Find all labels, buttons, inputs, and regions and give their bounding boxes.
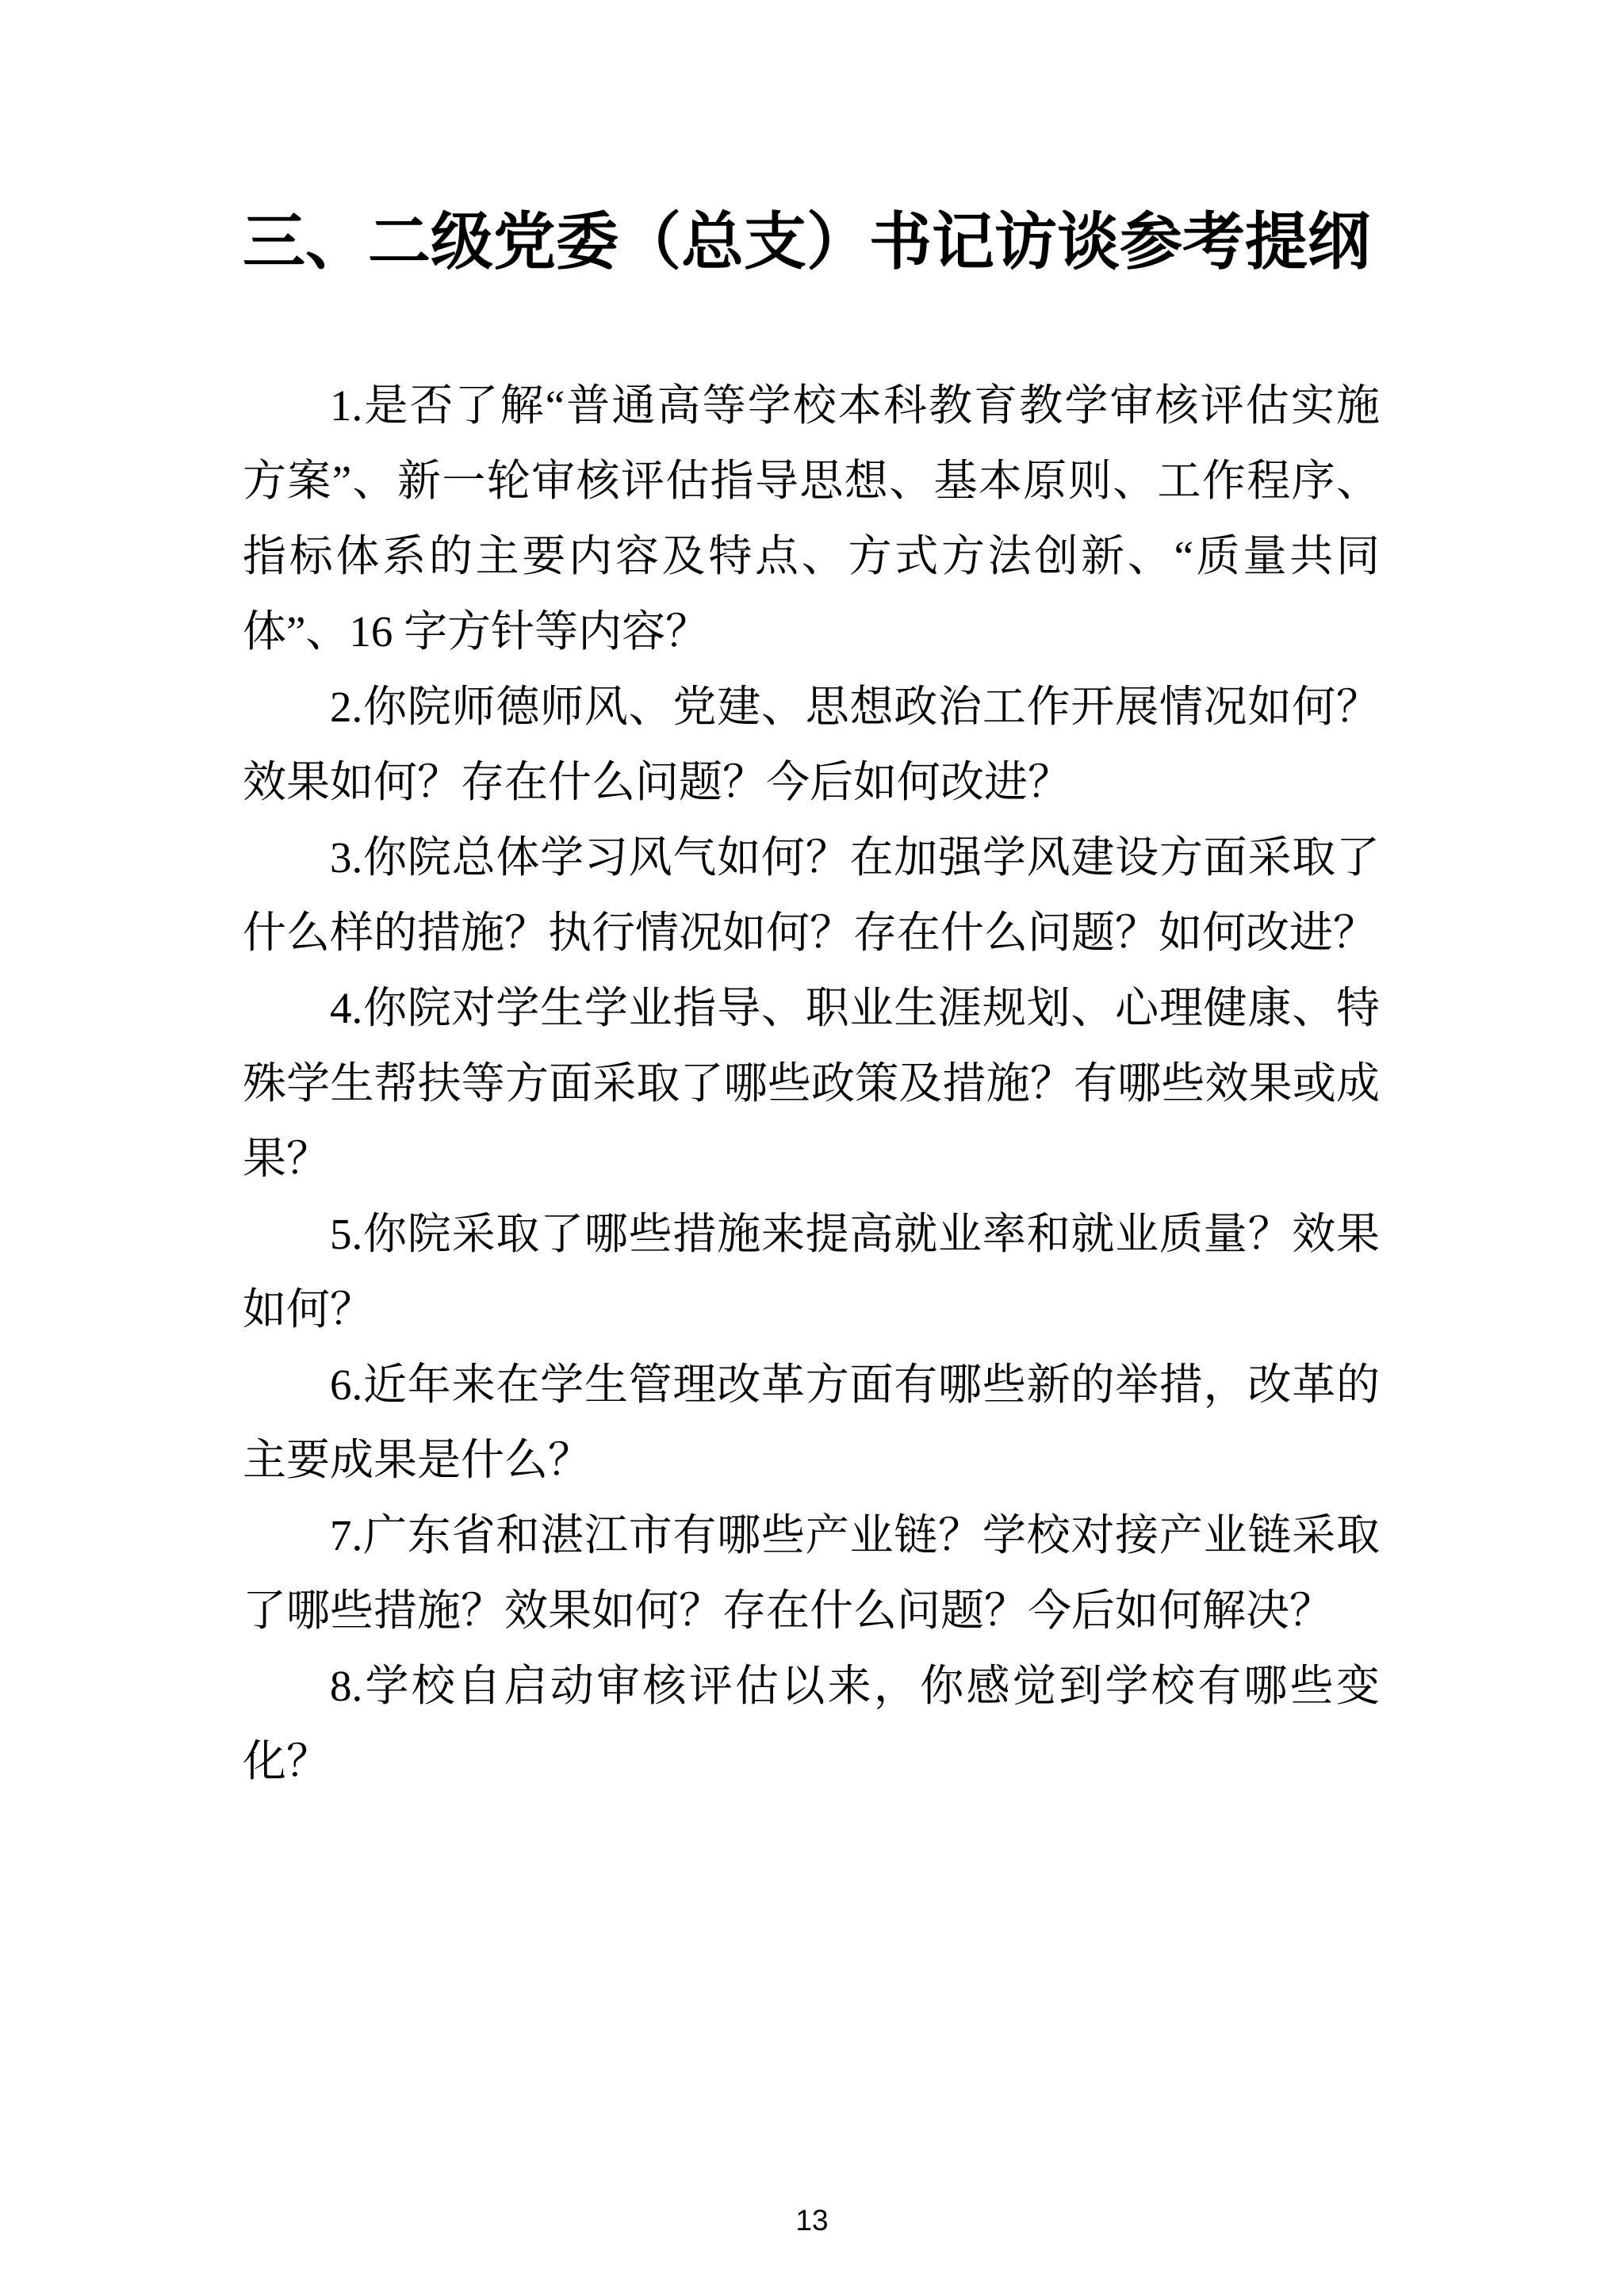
question-item-7: 7.广东省和湛江市有哪些产业链？学校对接产业链采取了哪些措施？效果如何？存在什么… (243, 1498, 1380, 1648)
question-item-6: 6.近年来在学生管理改革方面有哪些新的举措，改革的主要成果是什么？ (243, 1347, 1380, 1498)
page-number: 13 (795, 2204, 828, 2237)
document-page: 三、二级党委（总支）书记访谈参考提纲 1.是否了解“普通高等学校本科教育教学审核… (0, 0, 1624, 2296)
question-item-5: 5.你院采取了哪些措施来提高就业率和就业质量？效果如何？ (243, 1196, 1380, 1347)
question-list: 1.是否了解“普通高等学校本科教育教学审核评估实施方案”、新一轮审核评估指导思想… (243, 368, 1380, 1799)
question-item-2: 2.你院师德师风、党建、思想政治工作开展情况如何？效果如何？存在什么问题？今后如… (243, 669, 1380, 820)
section-heading: 三、二级党委（总支）书记访谈参考提纲 (243, 208, 1370, 277)
page-footer: 13 (0, 2206, 1624, 2235)
question-item-4: 4.你院对学生学业指导、职业生涯规划、心理健康、特殊学生帮扶等方面采取了哪些政策… (243, 970, 1380, 1196)
question-item-1: 1.是否了解“普通高等学校本科教育教学审核评估实施方案”、新一轮审核评估指导思想… (243, 368, 1380, 669)
question-item-8: 8.学校自启动审核评估以来，你感觉到学校有哪些变化？ (243, 1648, 1380, 1799)
question-item-3: 3.你院总体学习风气如何？在加强学风建设方面采取了什么样的措施？执行情况如何？存… (243, 820, 1380, 970)
